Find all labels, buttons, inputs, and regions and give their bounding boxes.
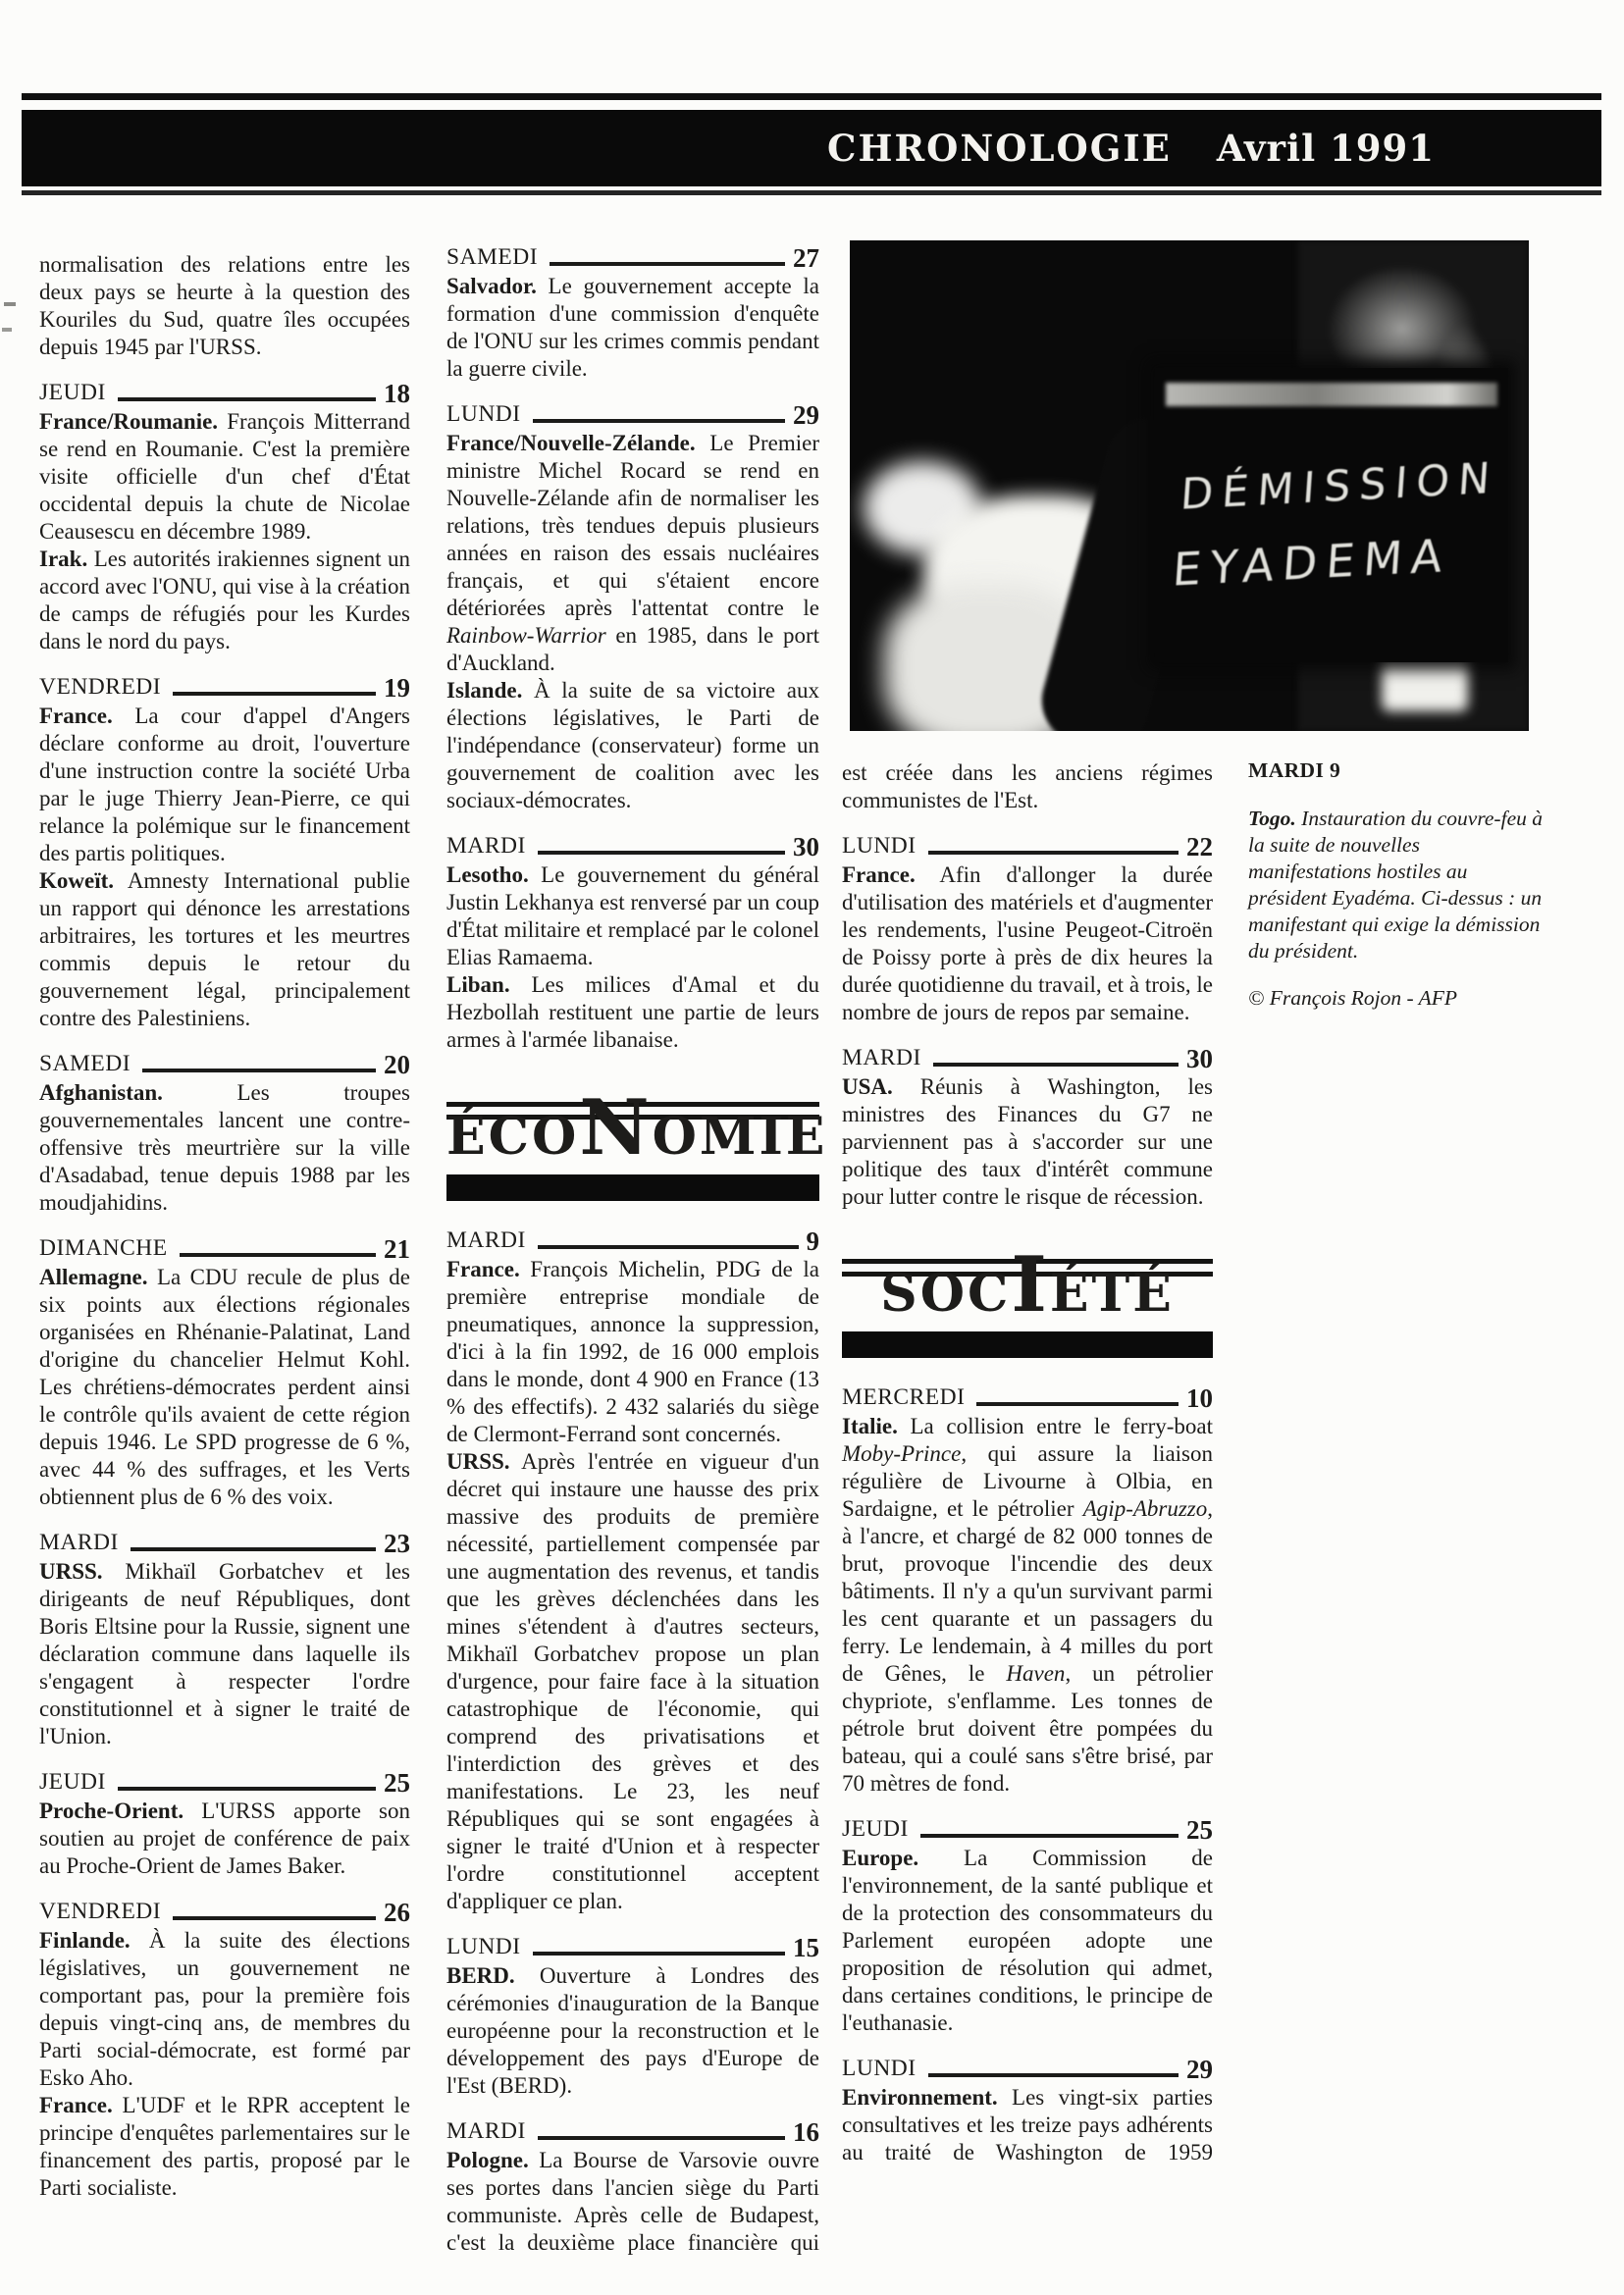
entry-lead: Togo. <box>1248 807 1296 830</box>
entry-paragraph: Salvador. Le gouvernement accepte la for… <box>446 273 819 383</box>
continuation-paragraph: normalisation des relations entre les de… <box>39 251 410 361</box>
date-rule <box>533 1952 785 1956</box>
section-title: ÉCONOMIE <box>446 1099 819 1163</box>
date-number: 30 <box>1186 1046 1213 1071</box>
date-day-name: LUNDI <box>842 832 917 860</box>
photo-caption: MARDI 9 Togo. Instauration du couvre-feu… <box>1248 757 1543 1012</box>
date-number: 30 <box>793 834 819 860</box>
date-heading: JEUDI18 <box>39 379 410 406</box>
date-number: 15 <box>793 1935 819 1960</box>
date-day-name: LUNDI <box>446 1933 521 1960</box>
entry-lead: Islande. <box>446 678 522 703</box>
entry-paragraph: Islande. À la suite de sa victoire aux é… <box>446 677 819 814</box>
date-day-name: VENDREDI <box>39 673 161 701</box>
date-heading: SAMEDI27 <box>446 243 819 271</box>
date-heading: LUNDI29 <box>842 2055 1213 2082</box>
date-day-name: LUNDI <box>842 2055 917 2082</box>
entry-lead: BERD. <box>446 1963 515 1988</box>
header-sub-rule <box>22 190 1601 195</box>
entry-paragraph: Italie. La collision entre le ferry-boat… <box>842 1413 1213 1798</box>
date-rule <box>173 1916 376 1920</box>
date-rule <box>933 1063 1179 1067</box>
date-heading: VENDREDI19 <box>39 673 410 701</box>
date-rule <box>920 1834 1179 1838</box>
date-rule <box>928 851 1179 855</box>
entry-paragraph: Lesotho. Le gouvernement du général Just… <box>446 861 819 971</box>
entry-paragraph: URSS. Mikhaïl Gorbatchev et les dirigean… <box>39 1558 410 1750</box>
date-rule <box>928 2073 1179 2077</box>
date-rule <box>118 397 376 401</box>
entry-text: N <box>579 1083 652 1173</box>
section-bar <box>842 1331 1213 1358</box>
entry-lead: Irak. <box>39 547 87 571</box>
date-heading: MERCREDI10 <box>842 1383 1213 1411</box>
date-rule <box>173 692 376 696</box>
entry-paragraph: BERD. Ouverture à Londres des cérémonies… <box>446 1962 819 2100</box>
entry-text: La collision entre le ferry-boat <box>898 1414 1213 1438</box>
date-number: 25 <box>1186 1817 1213 1843</box>
date-rule <box>118 1787 376 1791</box>
entry-lead: Pologne. <box>446 2148 529 2172</box>
entry-lead: Environnement. <box>842 2085 998 2110</box>
date-number: 20 <box>384 1052 410 1077</box>
date-heading: VENDREDI26 <box>39 1898 410 1925</box>
entry-paragraph: France/Roumanie. François Mitterrand se … <box>39 408 410 546</box>
date-day-name: MARDI <box>446 1226 526 1254</box>
date-heading: JEUDI25 <box>842 1815 1213 1843</box>
entry-paragraph: France. François Michelin, PDG de la pre… <box>446 1256 819 1448</box>
date-day-name: MARDI <box>446 832 526 860</box>
sign-top-edge <box>1166 383 1497 406</box>
entry-text: François Michelin, PDG de la première en… <box>446 1257 819 1446</box>
page-header-bar: CHRONOLOGIE Avril 1991 <box>22 110 1601 186</box>
entry-paragraph: Afghanistan. Les troupes gouvernementale… <box>39 1079 410 1217</box>
date-rule <box>180 1253 376 1257</box>
date-heading: LUNDI22 <box>842 832 1213 860</box>
date-heading: JEUDI25 <box>39 1768 410 1796</box>
date-number: 18 <box>384 381 410 406</box>
date-heading: DIMANCHE21 <box>39 1234 410 1262</box>
entry-lead: URSS. <box>39 1559 103 1584</box>
entry-text: Agip-Abruzzo <box>1083 1496 1208 1521</box>
date-number: 22 <box>1186 834 1213 860</box>
entry-lead: Allemagne. <box>39 1265 148 1289</box>
date-rule <box>142 1069 376 1072</box>
date-rule <box>533 419 785 423</box>
page-subtitle: Avril 1991 <box>1217 127 1435 170</box>
entry-text: SOC <box>880 1264 1011 1324</box>
entry-lead: Finlande. <box>39 1928 131 1953</box>
entry-paragraph: Allemagne. La CDU recule de plus de six … <box>39 1264 410 1511</box>
date-number: 29 <box>1186 2057 1213 2082</box>
date-number: 9 <box>807 1228 820 1254</box>
date-heading: LUNDI15 <box>446 1933 819 1960</box>
date-heading: SAMEDI20 <box>39 1050 410 1077</box>
entry-lead: France. <box>842 862 916 887</box>
entry-paragraph: Liban. Les milices d'Amal et du Hezbolla… <box>446 971 819 1054</box>
date-number: 19 <box>384 675 410 701</box>
entry-paragraph: Irak. Les autorités irakiennes signent u… <box>39 546 410 655</box>
date-day-name: LUNDI <box>446 400 521 428</box>
date-heading: MARDI23 <box>39 1529 410 1556</box>
scan-artifact <box>2 328 12 332</box>
date-heading: MARDI30 <box>446 832 819 860</box>
entry-text: normalisation des relations entre les de… <box>39 252 410 359</box>
date-rule <box>538 851 785 855</box>
date-day-name: JEUDI <box>842 1815 909 1843</box>
date-heading: MARDI9 <box>446 1226 819 1254</box>
entry-paragraph: Koweït. Amnesty International publie un … <box>39 867 410 1032</box>
date-day-name: DIMANCHE <box>39 1234 168 1262</box>
section-heading-economie: ÉCONOMIE <box>446 1099 819 1201</box>
scan-artifact <box>4 302 16 306</box>
date-day-name: MARDI <box>842 1044 921 1071</box>
entry-lead: Afghanistan. <box>39 1080 163 1105</box>
magazine-page: CHRONOLOGIE Avril 1991 normalisation des… <box>0 0 1624 2295</box>
entry-paragraph: Environnement. Les vingt-six parties con… <box>842 2084 1213 2166</box>
entry-paragraph: Pologne. La Bourse de Varsovie ouvre ses… <box>446 2147 819 2257</box>
date-number: 27 <box>793 245 819 271</box>
entry-text: Les autorités irakiennes signent un acco… <box>39 547 410 653</box>
date-day-name: MARDI <box>39 1529 119 1556</box>
date-day-name: MERCREDI <box>842 1383 965 1411</box>
section-heading-societe: SOCIÉTÉ <box>842 1256 1213 1358</box>
protest-sign: DÉMISSION EYADEMA <box>1155 368 1508 662</box>
date-number: 10 <box>1186 1385 1213 1411</box>
text-column-2: SAMEDI27Salvador. Le gouvernement accept… <box>446 243 819 2257</box>
entry-paragraph: URSS. Après l'entrée en vigueur d'un déc… <box>446 1448 819 1915</box>
date-number: 23 <box>384 1531 410 1556</box>
entry-text: La Commission de l'environnement, de la … <box>842 1846 1213 2035</box>
entry-text: Le Premier ministre Michel Rocard se ren… <box>446 431 819 620</box>
date-day-name: VENDREDI <box>39 1898 161 1925</box>
entry-text: ÉTÉ <box>1050 1264 1175 1324</box>
date-heading: MARDI30 <box>842 1044 1213 1071</box>
entry-text: Réunis à Washington, les ministres des F… <box>842 1074 1213 1209</box>
entry-text: Haven <box>1006 1661 1065 1686</box>
caption-text: Togo. Instauration du couvre-feu à la su… <box>1248 806 1543 965</box>
entry-text: , à l'ancre, et chargé de 82 000 tonnes … <box>842 1496 1213 1686</box>
entry-text: est créée dans les anciens régimes commu… <box>842 760 1213 812</box>
continuation-paragraph: est créée dans les anciens régimes commu… <box>842 759 1213 814</box>
date-heading: MARDI16 <box>446 2117 819 2145</box>
entry-text: OMIE <box>653 1107 828 1167</box>
date-day-name: JEUDI <box>39 379 106 406</box>
entry-paragraph: Finlande. À la suite des élections légis… <box>39 1927 410 2092</box>
entry-paragraph: Europe. La Commission de l'environnement… <box>842 1845 1213 2037</box>
section-bar <box>446 1174 819 1201</box>
entry-lead: France. <box>446 1257 520 1281</box>
top-rule <box>22 93 1601 100</box>
entry-paragraph: France. L'UDF et le RPR acceptent le pri… <box>39 2092 410 2202</box>
text-column-3: est créée dans les anciens régimes commu… <box>842 759 1213 2166</box>
date-rule <box>976 1402 1179 1406</box>
entry-paragraph: France/Nouvelle-Zélande. Le Premier mini… <box>446 430 819 677</box>
protest-photo: DÉMISSION EYADEMA <box>850 240 1529 731</box>
sign-text-line1: DÉMISSION <box>1179 453 1499 519</box>
entry-text: Mikhaïl Gorbatchev et les dirigeants de … <box>39 1559 410 1748</box>
entry-lead: Proche-Orient. <box>39 1799 183 1823</box>
date-day-name: SAMEDI <box>39 1050 131 1077</box>
entry-text: La CDU recule de plus de six points aux … <box>39 1265 410 1509</box>
text-column-1: normalisation des relations entre les de… <box>39 251 410 2202</box>
date-day-name: SAMEDI <box>446 243 538 271</box>
caption-date: MARDI 9 <box>1248 757 1543 784</box>
entry-lead: Italie. <box>842 1414 898 1438</box>
date-heading: LUNDI29 <box>446 400 819 428</box>
entry-lead: URSS. <box>446 1449 510 1474</box>
date-number: 25 <box>384 1770 410 1796</box>
entry-text: ÉCO <box>446 1107 579 1167</box>
entry-text: Après l'entrée en vigueur d'un décret qu… <box>446 1449 819 1913</box>
date-number: 16 <box>793 2119 819 2145</box>
date-number: 26 <box>384 1900 410 1925</box>
entry-lead: Lesotho. <box>446 862 529 887</box>
entry-lead: Europe. <box>842 1846 918 1870</box>
date-day-name: MARDI <box>446 2117 526 2145</box>
entry-lead: USA. <box>842 1074 893 1099</box>
date-rule <box>131 1547 376 1551</box>
date-day-name: JEUDI <box>39 1768 106 1796</box>
section-title: SOCIÉTÉ <box>842 1256 1213 1320</box>
date-number: 21 <box>384 1236 410 1262</box>
entry-lead: Liban. <box>446 972 510 997</box>
entry-text: Rainbow-Warrior <box>446 623 606 648</box>
entry-text: I <box>1011 1240 1050 1330</box>
date-rule <box>550 262 785 266</box>
entry-text: Moby-Prince <box>842 1441 961 1466</box>
entry-paragraph: France. Afin d'allonger la durée d'utili… <box>842 861 1213 1026</box>
date-rule <box>538 2136 785 2140</box>
date-rule <box>538 1245 799 1249</box>
entry-paragraph: France. La cour d'appel d'Angers déclare… <box>39 703 410 867</box>
page-title: CHRONOLOGIE <box>827 127 1172 170</box>
sign-text-line2: EYADEMA <box>1172 528 1453 596</box>
entry-lead: France. <box>39 2093 113 2117</box>
entry-lead: Koweït. <box>39 868 114 893</box>
date-number: 29 <box>793 402 819 428</box>
entry-lead: France. <box>39 704 113 728</box>
entry-paragraph: USA. Réunis à Washington, les ministres … <box>842 1073 1213 1211</box>
entry-paragraph: Proche-Orient. L'URSS apporte son soutie… <box>39 1798 410 1880</box>
entry-lead: France/Nouvelle-Zélande. <box>446 431 696 455</box>
entry-lead: Salvador. <box>446 274 537 298</box>
entry-lead: France/Roumanie. <box>39 409 218 434</box>
caption-credit: © François Rojon - AFP <box>1248 985 1543 1012</box>
